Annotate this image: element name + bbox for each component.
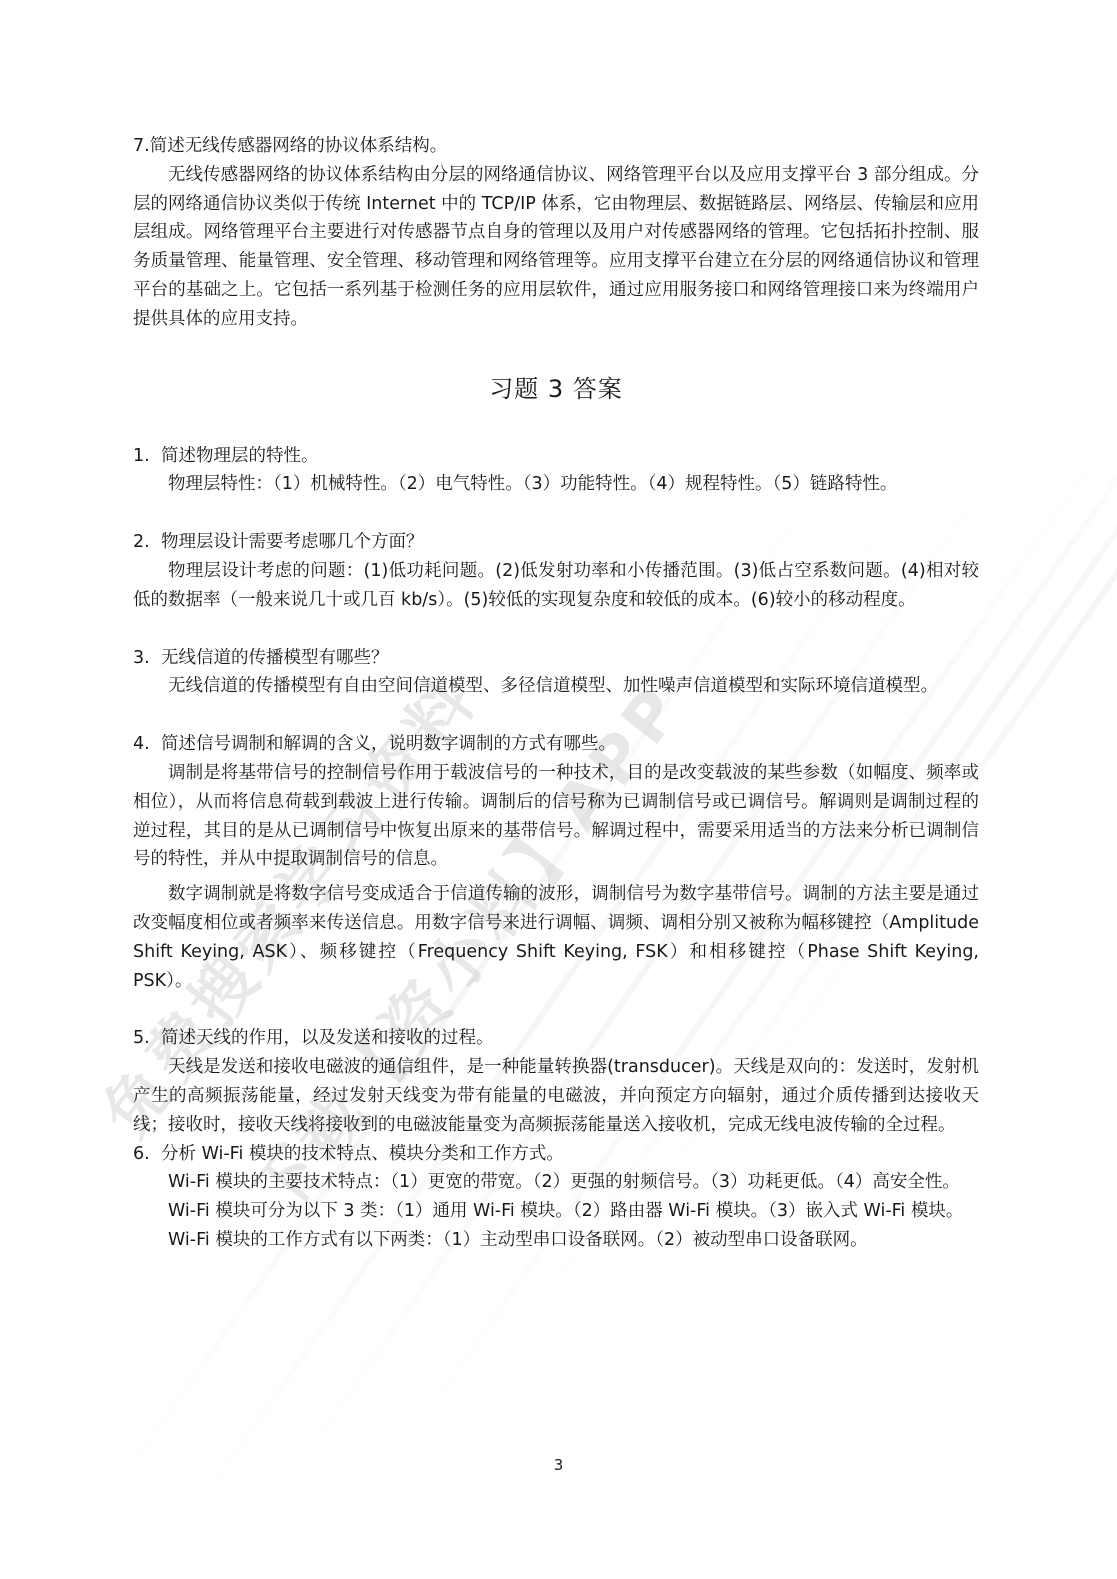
answer-6-para-3: Wi-Fi 模块的工作方式有以下两类：（1）主动型串口设备联网。（2）被动型串口… [133,1226,979,1255]
question-text: 简述物理层的特性。 [161,446,319,466]
answer-7: 无线传感器网络的协议体系结构由分层的网络通信协议、网络管理平台以及应用支撑平台 … [133,161,979,334]
question-text: 简述天线的作用，以及发送和接收的过程。 [161,1028,494,1048]
question-text: 无线信道的传播模型有哪些？ [161,648,389,668]
question-text: 分析 Wi-Fi 模块的技术特点、模块分类和工作方式。 [161,1144,564,1164]
answer-1: 物理层特性：（1）机械特性。（2）电气特性。（3）功能特性。（4）规程特性。（5… [133,470,979,499]
question-1: 1.简述物理层的特性。 [133,442,979,471]
document-page: 免费搜索学习资料 下载【资小料】APP 7.简述无线传感器网络的协议体系结构。 … [0,0,1117,1579]
question-7: 7.简述无线传感器网络的协议体系结构。 [133,132,979,161]
question-number: 2. [133,528,161,557]
answer-3: 无线信道的传播模型有自由空间信道模型、多径信道模型、加性噪声信道模型和实际环境信… [133,672,979,701]
page-number: 3 [0,1456,1117,1474]
answer-4-para-1: 调制是将基带信号的控制信号作用于载波信号的一种技术，目的是改变载波的某些参数（如… [133,759,979,874]
question-number: 6. [133,1140,161,1169]
question-3: 3.无线信道的传播模型有哪些？ [133,644,979,673]
question-2: 2.物理层设计需要考虑哪几个方面？ [133,528,979,557]
question-5: 5.简述天线的作用，以及发送和接收的过程。 [133,1024,979,1053]
section-title: 习题 3 答案 [133,374,979,404]
spacer [133,615,979,644]
question-number: 5. [133,1024,161,1053]
question-number: 3. [133,644,161,673]
question-number: 4. [133,730,161,759]
answer-4-para-2: 数字调制就是将数字信号变成适合于信道传输的波形，调制信号为数字基带信号。调制的方… [133,880,979,995]
answer-5: 天线是发送和接收电磁波的通信组件，是一种能量转换器(transducer)。天线… [133,1053,979,1139]
question-text: 物理层设计需要考虑哪几个方面？ [161,532,424,552]
answer-2: 物理层设计考虑的问题：(1)低功耗问题。(2)低发射功率和小传播范围。(3)低占… [133,557,979,615]
question-4: 4.简述信号调制和解调的含义，说明数字调制的方式有哪些。 [133,730,979,759]
question-number: 1. [133,442,161,471]
question-6: 6.分析 Wi-Fi 模块的技术特点、模块分类和工作方式。 [133,1140,979,1169]
spacer [133,499,979,528]
spacer [133,995,979,1024]
answer-6-para-2: Wi-Fi 模块可分为以下 3 类：（1）通用 Wi-Fi 模块。（2）路由器 … [133,1197,979,1226]
document-body: 7.简述无线传感器网络的协议体系结构。 无线传感器网络的协议体系结构由分层的网络… [133,132,979,1255]
question-text: 简述信号调制和解调的含义，说明数字调制的方式有哪些。 [161,734,616,754]
answer-6-para-1: Wi-Fi 模块的主要技术特点：（1）更宽的带宽。（2）更强的射频信号。（3）功… [133,1168,979,1197]
spacer [133,701,979,730]
